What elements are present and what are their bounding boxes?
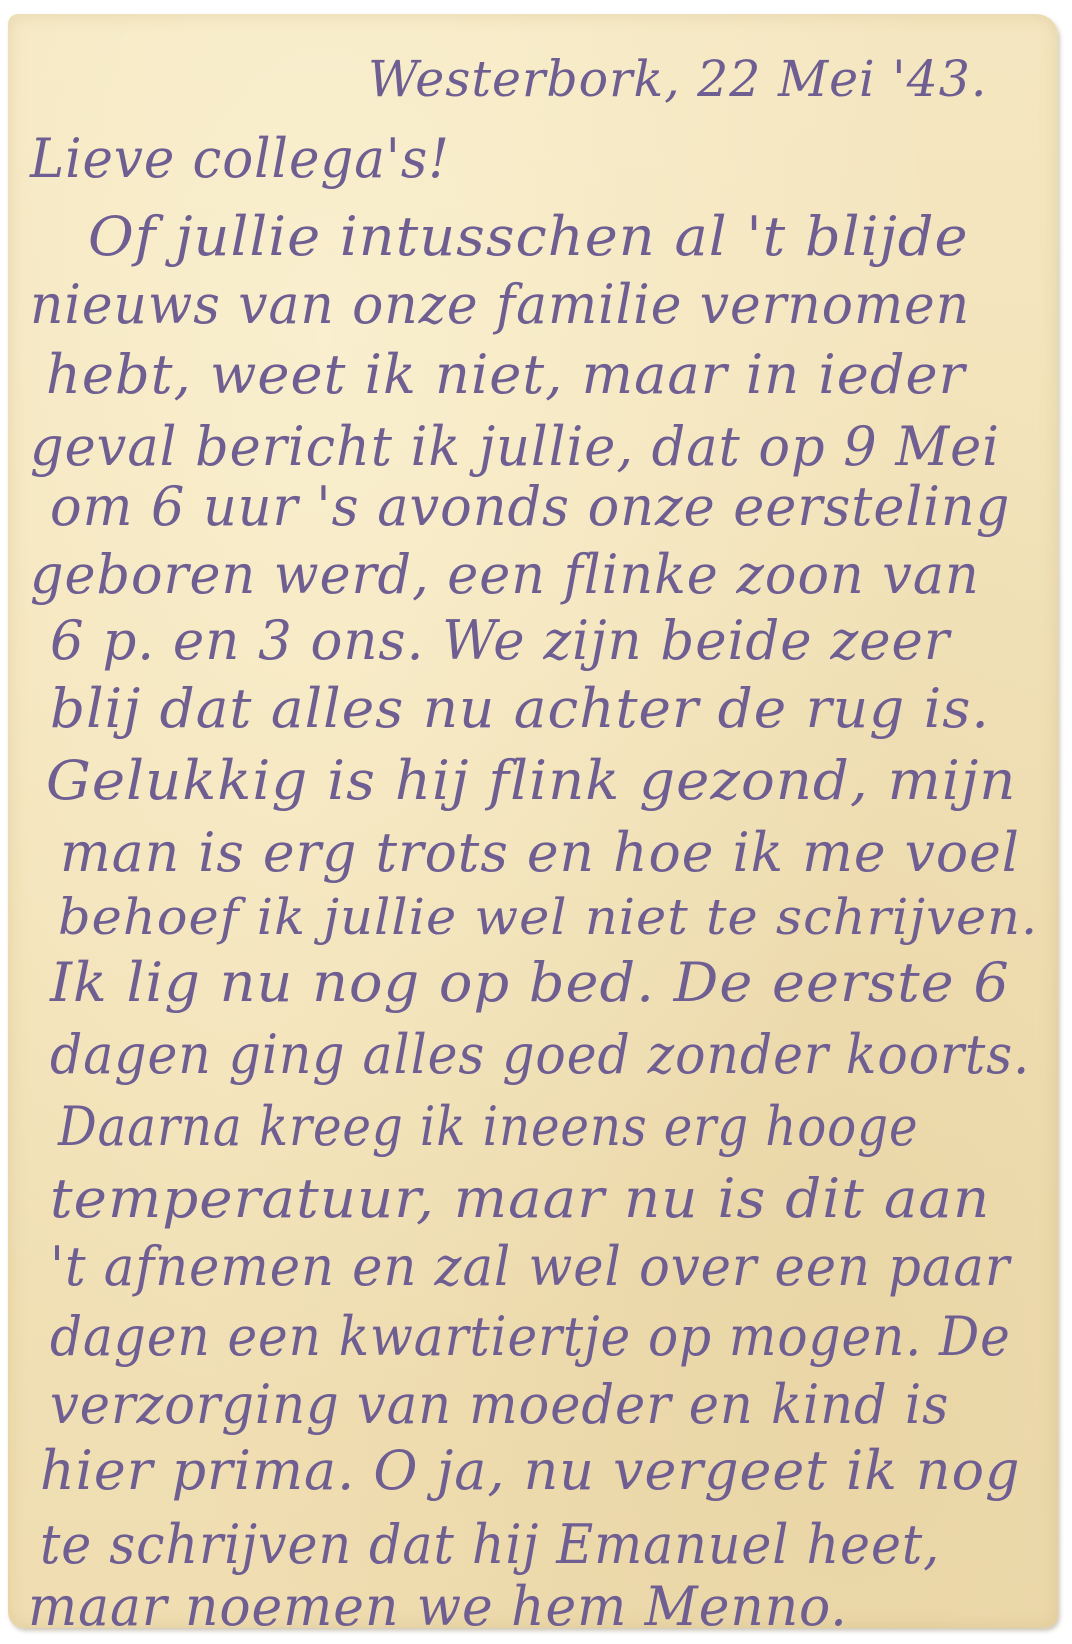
postcard: Westerbork, 22 Mei '43. Lieve collega's!… — [8, 14, 1058, 1628]
letter-line-16: 't afnemen en zal wel over een paar — [50, 1240, 1010, 1294]
letter-line-7: 6 p. en 3 ons. We zijn beide zeer — [50, 614, 950, 668]
letter-line-19: hier prima. O ja, nu vergeet ik nog — [40, 1444, 1020, 1498]
letter-line-18: verzorging van moeder en kind is — [50, 1378, 949, 1432]
letter-line-4: geval bericht ik jullie, dat op 9 Mei — [30, 420, 1000, 474]
letter-line-3: hebt, weet ik niet, maar in ieder — [46, 348, 966, 402]
letter-line-11: behoef ik jullie wel niet te schrijven. — [58, 892, 1038, 942]
letter-line-15: temperatuur, maar nu is dit aan — [50, 1172, 990, 1226]
letter-line-21: maar noemen we hem Menno. — [28, 1580, 848, 1634]
place-date: Westerbork, 22 Mei '43. — [368, 54, 987, 104]
letter-line-17: dagen een kwartiertje op mogen. De — [50, 1310, 1011, 1364]
letter-line-8: blij dat alles nu achter de rug is. — [50, 682, 990, 736]
salutation: Lieve collega's! — [30, 132, 450, 186]
letter-line-2: nieuws van onze familie vernomen — [30, 278, 970, 332]
letter-line-9: Gelukkig is hij flink gezond, mijn — [46, 754, 1016, 808]
letter-line-1: Of jullie intusschen al 't blijde — [88, 210, 969, 264]
letter-line-10: man is erg trots en hoe ik me voel — [60, 826, 1020, 880]
letter-line-13: dagen ging alles goed zonder koorts. — [50, 1028, 1030, 1082]
letter-line-5: om 6 uur 's avonds onze eersteling — [50, 480, 1010, 534]
letter-line-12: Ik lig nu nog op bed. De eerste 6 — [50, 956, 1010, 1010]
letter-line-6: geboren werd, een flinke zoon van — [30, 548, 980, 602]
letter-line-20: te schrijven dat hij Emanuel heet, — [40, 1518, 940, 1572]
letter-line-14: Daarna kreeg ik ineens erg hooge — [58, 1100, 918, 1154]
